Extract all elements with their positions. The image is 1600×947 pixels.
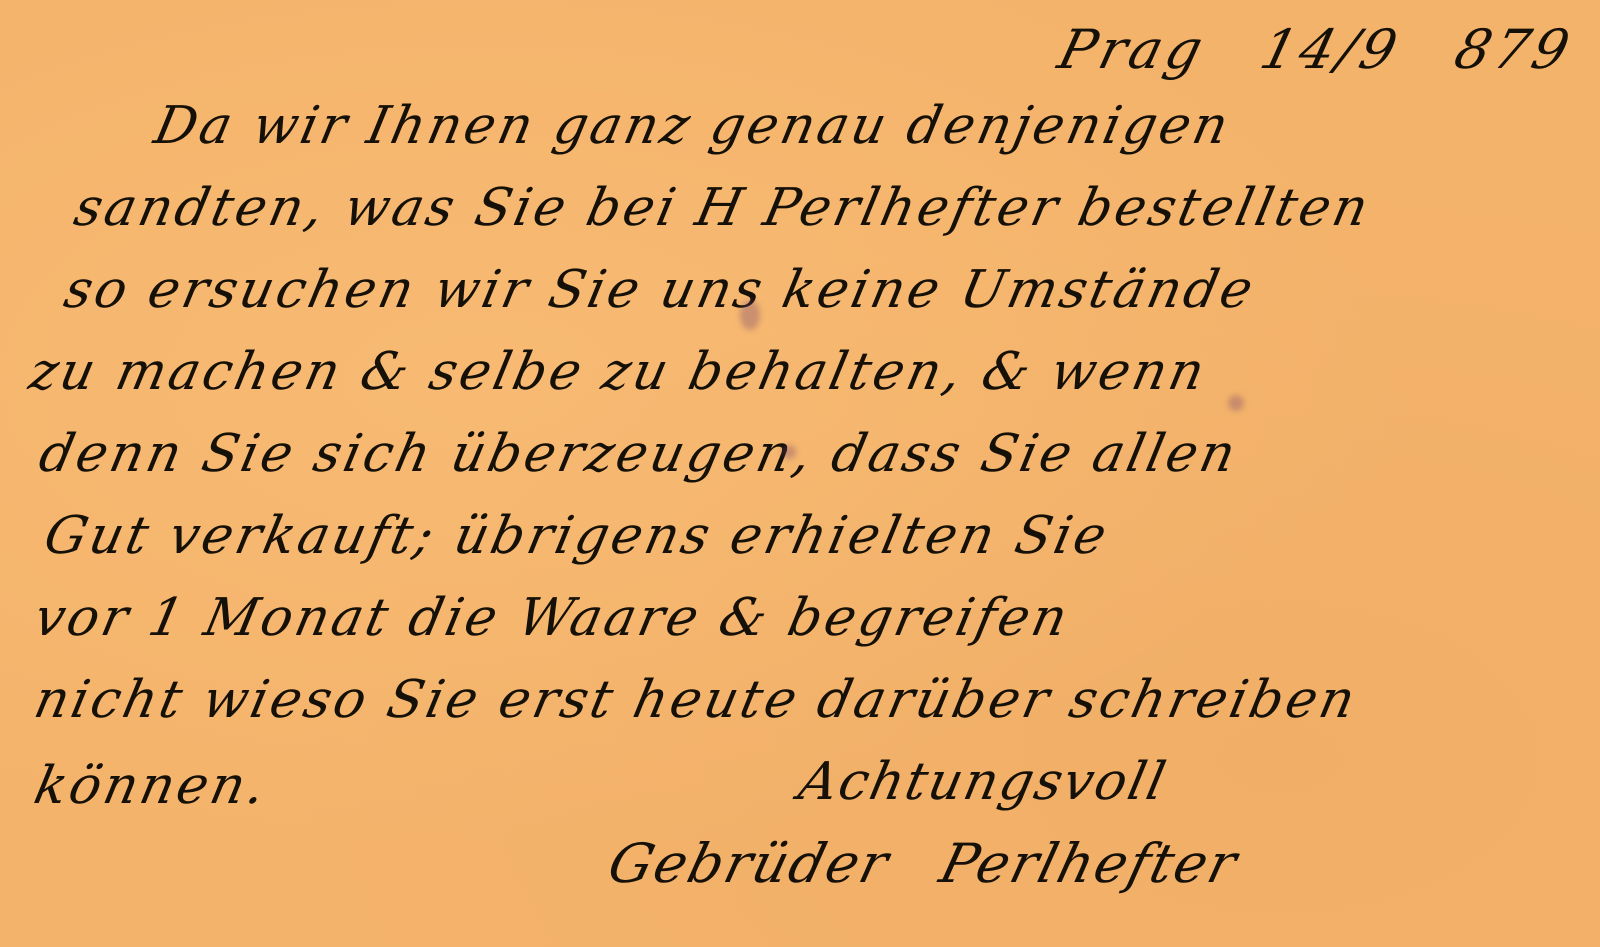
letter-line-2: sandten, was Sie bei H Perlhefter bestel… [70,182,1375,234]
postcard: Prag 14/9 879 Da wir Ihnen ganz genau de… [0,0,1600,947]
dateline-date: 14/9 [1254,18,1407,81]
letter-line-6: Gut verkauft; übrigens erhielten Sie [40,510,1114,562]
letter-line-9: können. [30,760,273,812]
letter-line-7: vor 1 Monat die Waare & begreifen [30,592,1074,644]
letter-line-3: so ersuchen wir Sie uns keine Umstände [60,264,1260,316]
letter-line-4: zu machen & selbe zu behalten, & wenn [25,346,1212,398]
dateline-place: Prag [1052,18,1213,81]
letter-line-1: Da wir Ihnen ganz genau denjenigen [150,100,1236,152]
ink-smudge [782,445,796,459]
letter-line-5: denn Sie sich überzeugen, dass Sie allen [35,428,1243,480]
closing-salutation: Achtungsvoll [794,752,1173,812]
ink-smudge [1228,395,1244,411]
signature: Gebrüder Perlhefter [602,832,1279,895]
signature-first: Gebrüder [602,832,896,895]
dateline-year: 879 [1449,18,1580,81]
dateline: Prag 14/9 879 [1052,18,1600,81]
letter-line-8: nicht wieso Sie erst heute darüber schre… [30,674,1362,726]
signature-last: Perlhefter [934,832,1245,895]
ink-smudge [740,300,760,330]
